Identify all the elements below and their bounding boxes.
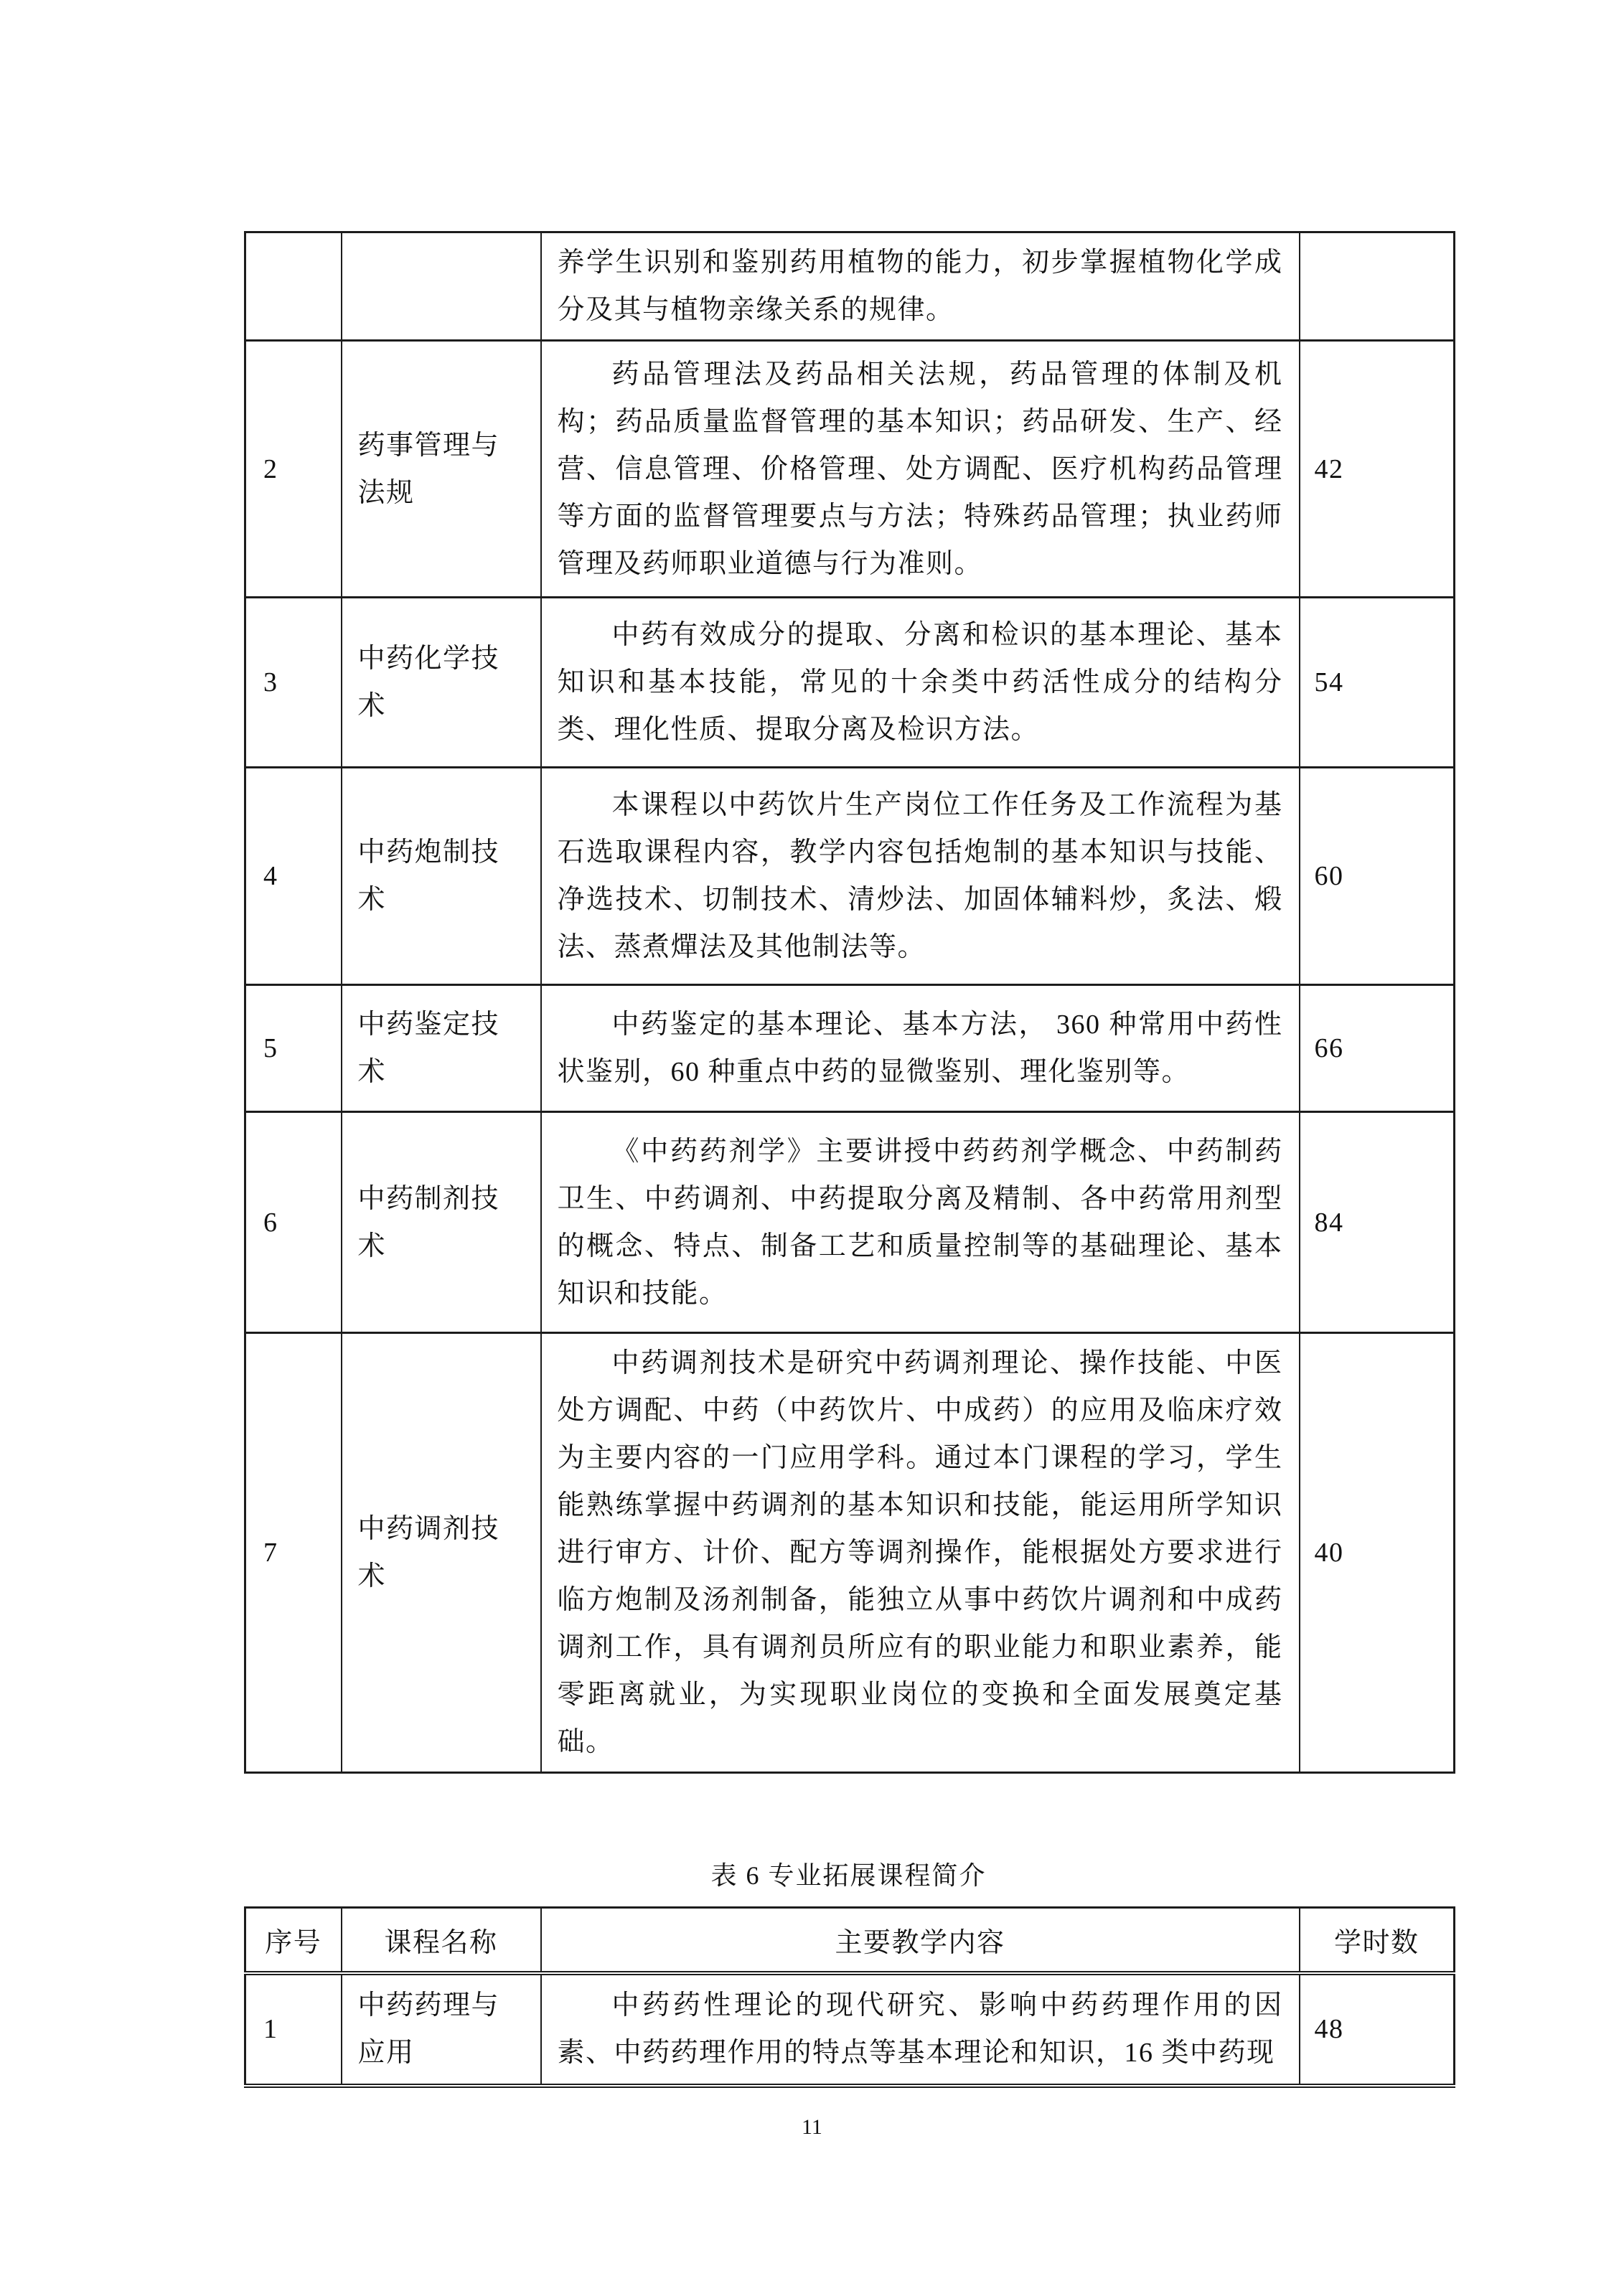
table-row: 5 中药鉴定技术 中药鉴定的基本理论、基本方法， 360 种常用中药性状鉴别，6… [245,985,1455,1112]
seq-cell: 4 [245,768,342,985]
table-row: 1 中药药理与应用 中药药性理论的现代研究、影响中药药理作用的因素、中药药理作用… [245,1973,1455,2086]
content-cell: 药品管理法及药品相关法规，药品管理的体制及机构；药品质量监督管理的基本知识；药品… [541,341,1300,598]
table-row: 3 中药化学技术 中药有效成分的提取、分离和检识的基本理论、基本知识和基本技能，… [245,598,1455,768]
header-hours: 学时数 [1300,1908,1455,1973]
content-cell: 养学生识别和鉴别药用植物的能力，初步掌握植物化学成分及其与植物亲缘关系的规律。 [541,232,1300,341]
hours-cell: 54 [1300,598,1455,768]
course-name-cell: 中药鉴定技术 [342,985,541,1112]
seq-cell: 2 [245,341,342,598]
content-cell: 《中药药剂学》主要讲授中药药剂学概念、中药制药卫生、中药调剂、中药提取分离及精制… [541,1112,1300,1333]
hours-cell [1300,232,1455,341]
content-text: 本课程以中药饮片生产岗位工作任务及工作流程为基石选取课程内容，教学内容包括炮制的… [558,781,1283,971]
content-text: 中药有效成分的提取、分离和检识的基本理论、基本知识和基本技能，常见的十余类中药活… [558,611,1283,753]
seq-cell: 3 [245,598,342,768]
course-name-cell: 药事管理与法规 [342,341,541,598]
seq-cell: 1 [245,1973,342,2086]
header-seq: 序号 [245,1908,342,1973]
page-number: 11 [0,2115,1624,2140]
course-name-cell: 中药药理与应用 [342,1973,541,2086]
content-text: 养学生识别和鉴别药用植物的能力，初步掌握植物化学成分及其与植物亲缘关系的规律。 [558,239,1283,334]
content-cell: 中药鉴定的基本理论、基本方法， 360 种常用中药性状鉴别，60 种重点中药的显… [541,985,1300,1112]
hours-cell: 48 [1300,1973,1455,2086]
table-row-continuation: 养学生识别和鉴别药用植物的能力，初步掌握植物化学成分及其与植物亲缘关系的规律。 [245,232,1455,341]
content-text: 《中药药剂学》主要讲授中药药剂学概念、中药制药卫生、中药调剂、中药提取分离及精制… [558,1128,1283,1317]
hours-cell: 42 [1300,341,1455,598]
content-cell: 中药有效成分的提取、分离和检识的基本理论、基本知识和基本技能，常见的十余类中药活… [541,598,1300,768]
hours-cell: 60 [1300,768,1455,985]
table-row: 2 药事管理与法规 药品管理法及药品相关法规，药品管理的体制及机构；药品质量监督… [245,341,1455,598]
table-header-row: 序号 课程名称 主要教学内容 学时数 [245,1908,1455,1973]
table6-title: 表 6 专业拓展课程简介 [244,1855,1453,1896]
course-name-cell [342,232,541,341]
content-text: 中药鉴定的基本理论、基本方法， 360 种常用中药性状鉴别，60 种重点中药的显… [558,1001,1283,1096]
table-row: 4 中药炮制技术 本课程以中药饮片生产岗位工作任务及工作流程为基石选取课程内容，… [245,768,1455,985]
document-page: 养学生识别和鉴别药用植物的能力，初步掌握植物化学成分及其与植物亲缘关系的规律。 … [0,0,1624,2296]
core-course-table: 养学生识别和鉴别药用植物的能力，初步掌握植物化学成分及其与植物亲缘关系的规律。 … [244,231,1455,1774]
seq-cell: 5 [245,985,342,1112]
table-row: 7 中药调剂技术 中药调剂技术是研究中药调剂理论、操作技能、中医处方调配、中药（… [245,1333,1455,1773]
content-cell: 中药药性理论的现代研究、影响中药药理作用的因素、中药药理作用的特点等基本理论和知… [541,1973,1300,2086]
header-course-name: 课程名称 [342,1908,541,1973]
seq-cell [245,232,342,341]
hours-cell: 40 [1300,1333,1455,1773]
content-cell: 本课程以中药饮片生产岗位工作任务及工作流程为基石选取课程内容，教学内容包括炮制的… [541,768,1300,985]
content-text: 中药调剂技术是研究中药调剂理论、操作技能、中医处方调配、中药（中药饮片、中成药）… [558,1340,1283,1766]
table-row: 6 中药制剂技术 《中药药剂学》主要讲授中药药剂学概念、中药制药卫生、中药调剂、… [245,1112,1455,1333]
course-name-cell: 中药调剂技术 [342,1333,541,1773]
course-name-cell: 中药制剂技术 [342,1112,541,1333]
content-text: 中药药性理论的现代研究、影响中药药理作用的因素、中药药理作用的特点等基本理论和知… [558,1982,1283,2076]
course-name-cell: 中药炮制技术 [342,768,541,985]
header-content: 主要教学内容 [541,1908,1300,1973]
seq-cell: 7 [245,1333,342,1773]
content-text: 药品管理法及药品相关法规，药品管理的体制及机构；药品质量监督管理的基本知识；药品… [558,351,1283,588]
hours-cell: 66 [1300,985,1455,1112]
hours-cell: 84 [1300,1112,1455,1333]
course-name-cell: 中药化学技术 [342,598,541,768]
seq-cell: 6 [245,1112,342,1333]
expansion-course-table: 序号 课程名称 主要教学内容 学时数 1 中药药理与应用 中药药性理论的现代研究… [244,1906,1455,2088]
content-cell: 中药调剂技术是研究中药调剂理论、操作技能、中医处方调配、中药（中药饮片、中成药）… [541,1333,1300,1773]
